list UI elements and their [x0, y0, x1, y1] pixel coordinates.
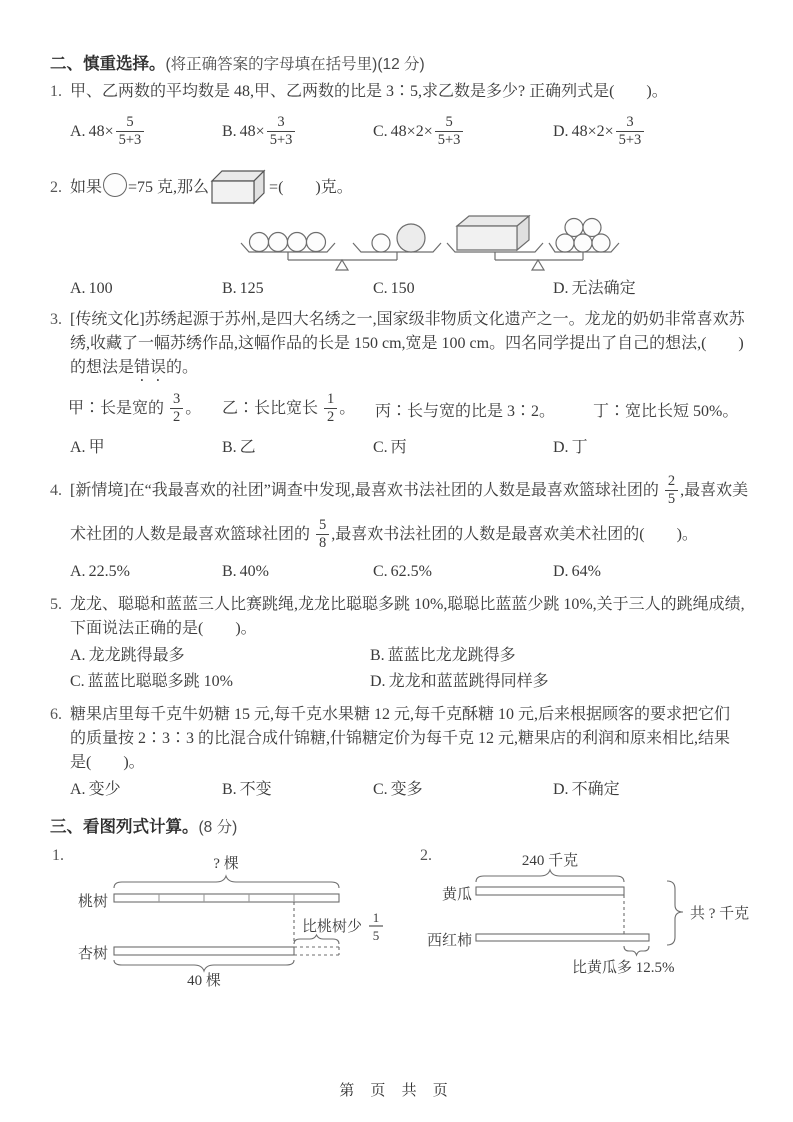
question-2-options: A.100 B.125 C.150 D.无法确定 [70, 276, 750, 302]
bar-model-vegetables: 240 千克 黄瓜 西红柿 共 ? 千克 比黄瓜多 12.5% [424, 851, 754, 977]
diagram-1-top-label: ? 棵 [213, 854, 238, 872]
question-3-opinions: 甲∶长是宽的 32。 乙∶长比宽长 12。 丙∶长与宽的比是 3∶2。 丁∶宽比… [68, 385, 750, 433]
question-3-number: 3. [50, 308, 70, 385]
diagram-1-bar1-label: 桃树 [78, 892, 108, 910]
test-paper-page: 二、慎重选择。(将正确答案的字母填在括号里)(12 分) 1. 甲、乙两数的平均… [0, 0, 793, 1122]
option-d: D.48×2×35+3 [553, 115, 750, 149]
diagram-2: 2. 240 千克 黄瓜 西红柿 共 ? 千克 比黄瓜多 12.5% [418, 845, 754, 977]
option-d: D.不确定 [553, 777, 750, 803]
option-d: D.龙龙和蓝蓝跳得同样多 [370, 669, 750, 695]
question-1-options: A.48×55+3 B.48×35+3 C.48×2×55+3 D.48×2×3… [70, 106, 750, 158]
option-d: D.64% [553, 559, 750, 585]
option-b: B.不变 [222, 777, 373, 803]
question-5-options: A.龙龙跳得最多 B.蓝蓝比龙龙跳得多 C.蓝蓝比聪聪多跳 10% D.龙龙和蓝… [70, 643, 750, 695]
option-d: D.无法确定 [553, 276, 750, 302]
question-3: 3. [传统文化]苏绣起源于苏州,是四大名绣之一,国家级非物质文化遗产之一。龙龙… [50, 308, 750, 385]
box-icon [210, 168, 268, 205]
question-4-options: A.22.5% B.40% C.62.5% D.64% [70, 559, 750, 585]
question-2-number: 2. [50, 168, 70, 208]
question-2: 2. 如果=75 克,那么=( )克。 [50, 168, 750, 208]
option-a: A.龙龙跳得最多 [70, 643, 370, 669]
question-6: 6. 糖果店里每千克牛奶糖 15 元,每千克水果糖 12 元,每千克酥糖 10 … [50, 703, 750, 775]
option-a: A.100 [70, 276, 222, 302]
fraction: 58 [316, 517, 329, 551]
diagram-2-more-label: 比黄瓜多 12.5% [572, 958, 675, 976]
question-4-number: 4. [50, 469, 70, 557]
option-a: A.22.5% [70, 559, 222, 585]
option-c: C.变多 [373, 777, 553, 803]
question-6-number: 6. [50, 703, 70, 775]
fraction: 55+3 [435, 114, 464, 148]
diagram-2-number: 2. [420, 847, 432, 865]
question-2-text: 如果=75 克,那么=( )克。 [70, 168, 750, 208]
diagram-1-less-frac-num: 1 [373, 910, 380, 925]
question-1: 1. 甲、乙两数的平均数是 48,甲、乙两数的比是 3∶5,求乙数是多少? 正确… [50, 80, 750, 104]
opinion-yi: 乙∶长比宽长 12。 [222, 392, 375, 426]
option-a: A.甲 [70, 435, 222, 461]
question-6-options: A.变少 B.不变 C.变多 D.不确定 [70, 777, 750, 803]
option-d: D.丁 [553, 435, 750, 461]
option-c: C.蓝蓝比聪聪多跳 10% [70, 669, 370, 695]
question-4: 4. [新情境]在“我最喜欢的社团”调查中发现,最喜欢书法社团的人数是最喜欢篮球… [50, 469, 750, 557]
diagram-1: 1. ? 棵 桃树 比桃树少 [50, 845, 416, 989]
question-3-options: A.甲 B.乙 C.丙 D.丁 [70, 435, 750, 461]
section-diagram-subtitle: (8 分) [199, 819, 238, 836]
diagram-1-number: 1. [52, 847, 64, 865]
question-1-text: 甲、乙两数的平均数是 48,甲、乙两数的比是 3∶5,求乙数是多少? 正确列式是… [70, 80, 750, 104]
option-b: B.40% [222, 559, 373, 585]
ball-icon [103, 173, 127, 197]
fraction: 32 [170, 391, 183, 425]
opinion-jia: 甲∶长是宽的 32。 [68, 392, 222, 426]
emphasized-word: 错误 [134, 359, 166, 376]
option-c: C.丙 [373, 435, 553, 461]
section-choice-subtitle: (将正确答案的字母填在括号里)(12 分) [166, 56, 425, 73]
fraction: 25 [665, 473, 678, 507]
bar-model-trees: ? 棵 桃树 比桃树少 1 5 杏树 40 棵 [56, 851, 416, 989]
balance-illustration-wrap [235, 210, 750, 274]
option-c: C.150 [373, 276, 553, 302]
question-1-number: 1. [50, 80, 70, 104]
diagram-1-less-label: 比桃树少 [302, 917, 362, 935]
diagram-2-total-label: 共 ? 千克 [690, 904, 749, 922]
diagram-1-less-frac-den: 5 [373, 928, 380, 943]
diagram-2-bar2-label: 西红柿 [427, 931, 472, 949]
section-diagram-heading: 三、看图列式计算。(8 分) [50, 813, 750, 837]
option-b: B.蓝蓝比龙龙跳得多 [370, 643, 750, 669]
question-4-text: [新情境]在“我最喜欢的社团”调查中发现,最喜欢书法社团的人数是最喜欢篮球社团的… [70, 469, 750, 557]
question-5-text: 龙龙、聪聪和蓝蓝三人比赛跳绳,龙龙比聪聪多跳 10%,聪聪比蓝蓝少跳 10%,关… [70, 593, 750, 641]
option-b: B.48×35+3 [222, 115, 373, 149]
option-c: C.48×2×55+3 [373, 115, 553, 149]
question-3-text: [传统文化]苏绣起源于苏州,是四大名绣之一,国家级非物质文化遗产之一。龙龙的奶奶… [70, 308, 750, 385]
fraction: 35+3 [267, 114, 296, 148]
fraction: 35+3 [616, 114, 645, 148]
section-choice-title: 二、慎重选择。 [50, 55, 166, 73]
option-a: A.48×55+3 [70, 115, 222, 149]
question-5: 5. 龙龙、聪聪和蓝蓝三人比赛跳绳,龙龙比聪聪多跳 10%,聪聪比蓝蓝少跳 10… [50, 593, 750, 641]
opinion-bing: 丙∶长与宽的比是 3∶2。 [375, 398, 593, 421]
option-b: B.乙 [222, 435, 373, 461]
fraction: 55+3 [116, 114, 145, 148]
option-a: A.变少 [70, 777, 222, 803]
opinion-ding: 丁∶宽比长短 50%。 [593, 398, 750, 421]
balance-scales-illustration [235, 210, 625, 272]
fraction: 12 [324, 391, 337, 425]
diagram-2-top-label: 240 千克 [522, 851, 578, 869]
diagram-1-bottom-label: 40 棵 [187, 971, 221, 989]
question-6-text: 糖果店里每千克牛奶糖 15 元,每千克水果糖 12 元,每千克酥糖 10 元,后… [70, 703, 732, 775]
section-diagram-title: 三、看图列式计算。 [50, 818, 199, 836]
page-footer: 第 页 共 页 [0, 1079, 793, 1100]
section-choice-heading: 二、慎重选择。(将正确答案的字母填在括号里)(12 分) [50, 50, 750, 74]
diagram-2-bar1-label: 黄瓜 [442, 885, 472, 903]
diagram-1-bar2-label: 杏树 [78, 944, 108, 962]
diagram-area: 1. ? 棵 桃树 比桃树少 [50, 845, 750, 1003]
option-c: C.62.5% [373, 559, 553, 585]
question-5-number: 5. [50, 593, 70, 641]
option-b: B.125 [222, 276, 373, 302]
